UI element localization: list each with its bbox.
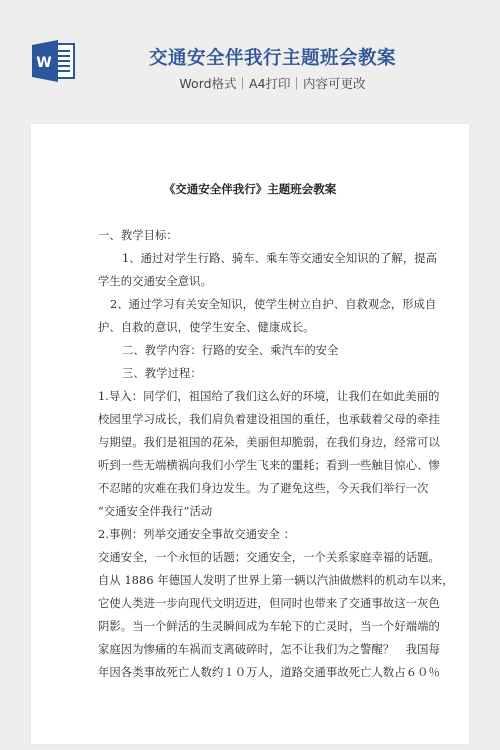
- document-line: 学生的交通安全意识。: [98, 274, 212, 290]
- document-line: 不忍睹的灾难在我们身边发生。为了避免这些，今天我们举行一次: [98, 481, 429, 497]
- document-line: 校园里学习成长，我们肩负着建设祖国的重任，也承载着父母的牵挂: [98, 412, 440, 428]
- document-line: 交通安全，一个永恒的话题；交通安全，一个关系家庭幸福的话题。: [98, 550, 440, 566]
- document-line: 一、教学目标：: [98, 228, 178, 244]
- document-page: 《交通安全伴我行》主题班会教案 一、教学目标：1、通过对学生行路、骑车、乘车等交…: [31, 124, 469, 744]
- document-line: 它使人类进一步向现代文明迈进，但同时也带来了交通事故这一灰色: [98, 596, 440, 612]
- document-line: 年因各类事故死亡人数约１０万人，道路交通事故死亡人数占６０％: [98, 665, 440, 681]
- document-title: 《交通安全伴我行》主题班会教案: [31, 181, 469, 197]
- document-line: 阴影。当一个鲜活的生灵瞬间成为车轮下的亡灵时，当一个好端端的: [98, 619, 440, 635]
- document-line: 1、通过对学生行路、骑车、乘车等交通安全知识的了解，提高: [122, 251, 437, 267]
- document-line: 三、教学过程：: [122, 366, 202, 382]
- document-line: 自从 1886 年德国人发明了世界上第一辆以汽油做燃料的机动车以来，: [98, 573, 454, 589]
- document-line: 家庭因为惨痛的车祸而支离破碎时，怎不让我们为之警醒？ 我国每: [98, 642, 440, 658]
- svg-text:W: W: [36, 55, 51, 71]
- document-line: “交通安全伴我行”活动: [98, 504, 212, 520]
- document-line: 与期望。我们是祖国的花朵，美丽但却脆弱，在我们身边，经常可以: [98, 435, 440, 451]
- document-line: 2.事例：列举交通安全事故交通安全 ：: [98, 527, 295, 543]
- header-banner: W 交通安全伴我行主题班会教案 Word格式｜A4打印｜内容可更改: [0, 0, 500, 124]
- document-line: 1.导入：同学们，祖国给了我们这么好的环境，让我们在如此美丽的: [98, 389, 440, 405]
- header-title: 交通安全伴我行主题班会教案: [120, 44, 425, 70]
- document-line: 二、教学内容：行路的安全、乘汽车的安全: [122, 343, 339, 359]
- document-line: 护、自救的意识，使学生安全、健康成长。: [98, 320, 315, 336]
- document-line: 听到一些无端横祸向我们小学生飞来的噩耗；看到一些触目惊心、惨: [98, 458, 440, 474]
- header-subtitle: Word格式｜A4打印｜内容可更改: [120, 74, 425, 92]
- document-line: 2、通过学习有关安全知识，使学生树立自护、自救观念，形成自: [110, 297, 436, 313]
- word-document-icon: W: [32, 40, 76, 82]
